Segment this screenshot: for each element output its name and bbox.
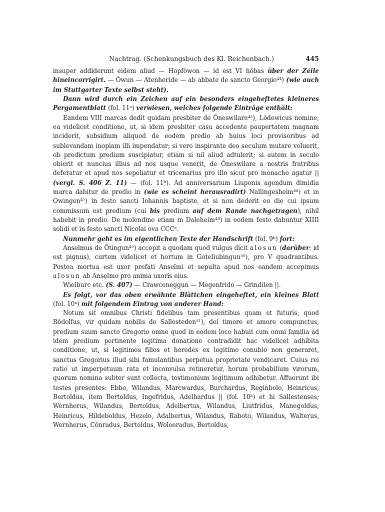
text-segment: Anselmus de Ôtingun — [63, 245, 129, 252]
text-segment: ab Anselmo pro anima uxoris eius. — [81, 273, 189, 280]
body-text: insuper addiderunt eidem aliud — Hopfôwo… — [53, 67, 319, 430]
editorial-note: Es folgt, vor das oben erwähnte Blättche… — [63, 292, 319, 299]
paragraph: insuper addiderunt eidem aliud — Hopfôwo… — [53, 67, 319, 95]
text-segment: — Ôwun — Atenheride — ab abbate de sanct… — [106, 77, 277, 84]
document-page: Nachtrag. (Schenkungsbuch des Kl. Reiche… — [53, 54, 319, 430]
running-head-title: Nachtrag. (Schenkungsbuch des Kl. Reiche… — [109, 54, 274, 64]
editorial-note: (wie es scheint herausradirt) — [144, 189, 246, 196]
text-segment: predium — [160, 208, 193, 215]
spaced-term: alosun — [53, 273, 81, 280]
text-segment: insuper addiderunt eidem aliud — Hopfôwo… — [53, 68, 268, 75]
paragraph: Notum sit omnibus Christi fidelibus tam … — [53, 309, 319, 430]
paragraph: Nunmehr geht es im eigentlichen Texte de… — [53, 235, 319, 244]
editorial-note: darüber — [282, 245, 309, 252]
editorial-note: auf dem Rande nachgetragen — [193, 208, 298, 215]
spaced-term: alosun — [250, 245, 278, 252]
text-segment: . — [177, 226, 179, 233]
editorial-note: (S. 407) — [106, 282, 133, 289]
text-segment: Nallingesheim — [246, 189, 294, 196]
running-head: Nachtrag. (Schenkungsbuch des Kl. Reiche… — [53, 54, 319, 64]
text-segment: — (fol. 11 — [127, 180, 164, 187]
text-segment: ) accepit a quodam quod vulgus dicit — [134, 245, 250, 252]
text-segment: ), dei timore et amore compunctus, predi… — [53, 319, 319, 401]
paragraph: Wielburc etc. (S. 407) — Crawceneggun — … — [53, 281, 319, 290]
page-number: 445 — [306, 54, 319, 64]
paragraph: Dann wird durch ein Zeichen auf ein beso… — [53, 95, 319, 114]
text-segment: — Crawceneggun — Megenfrido — Grindilen … — [132, 282, 280, 289]
paragraph: Es folgt, vor das oben erwähnte Blättche… — [53, 291, 319, 310]
editorial-note: (vergl. S. 406 Z. 11) — [53, 180, 127, 187]
text-segment: (fol. 10 — [53, 301, 75, 308]
text-segment: (fol. 9 — [253, 236, 273, 243]
paragraph: Eandem VIII marcas dedit quidam presbite… — [53, 114, 319, 235]
text-segment: (fol. 11 — [106, 105, 130, 112]
editorial-note: mit folgendem Eintrag von anderer Hand: — [81, 301, 223, 308]
editorial-note: bis — [150, 208, 160, 215]
text-segment: ), Lôdewicus nomine, ea videlicet condit… — [53, 115, 319, 178]
editorial-note: verwiesen, welches folgende Einträge ent… — [136, 105, 292, 112]
editorial-note: fort: — [280, 236, 295, 243]
editorial-note: Nunmehr geht es im eigentlichen Texte de… — [63, 236, 253, 243]
text-segment: Wielburc etc. — [63, 282, 106, 289]
paragraph: Anselmus de Ôtingun49) accepit a quodam … — [53, 244, 319, 281]
text-segment: Eandem VIII marcas dedit quidam presbite… — [63, 115, 248, 122]
